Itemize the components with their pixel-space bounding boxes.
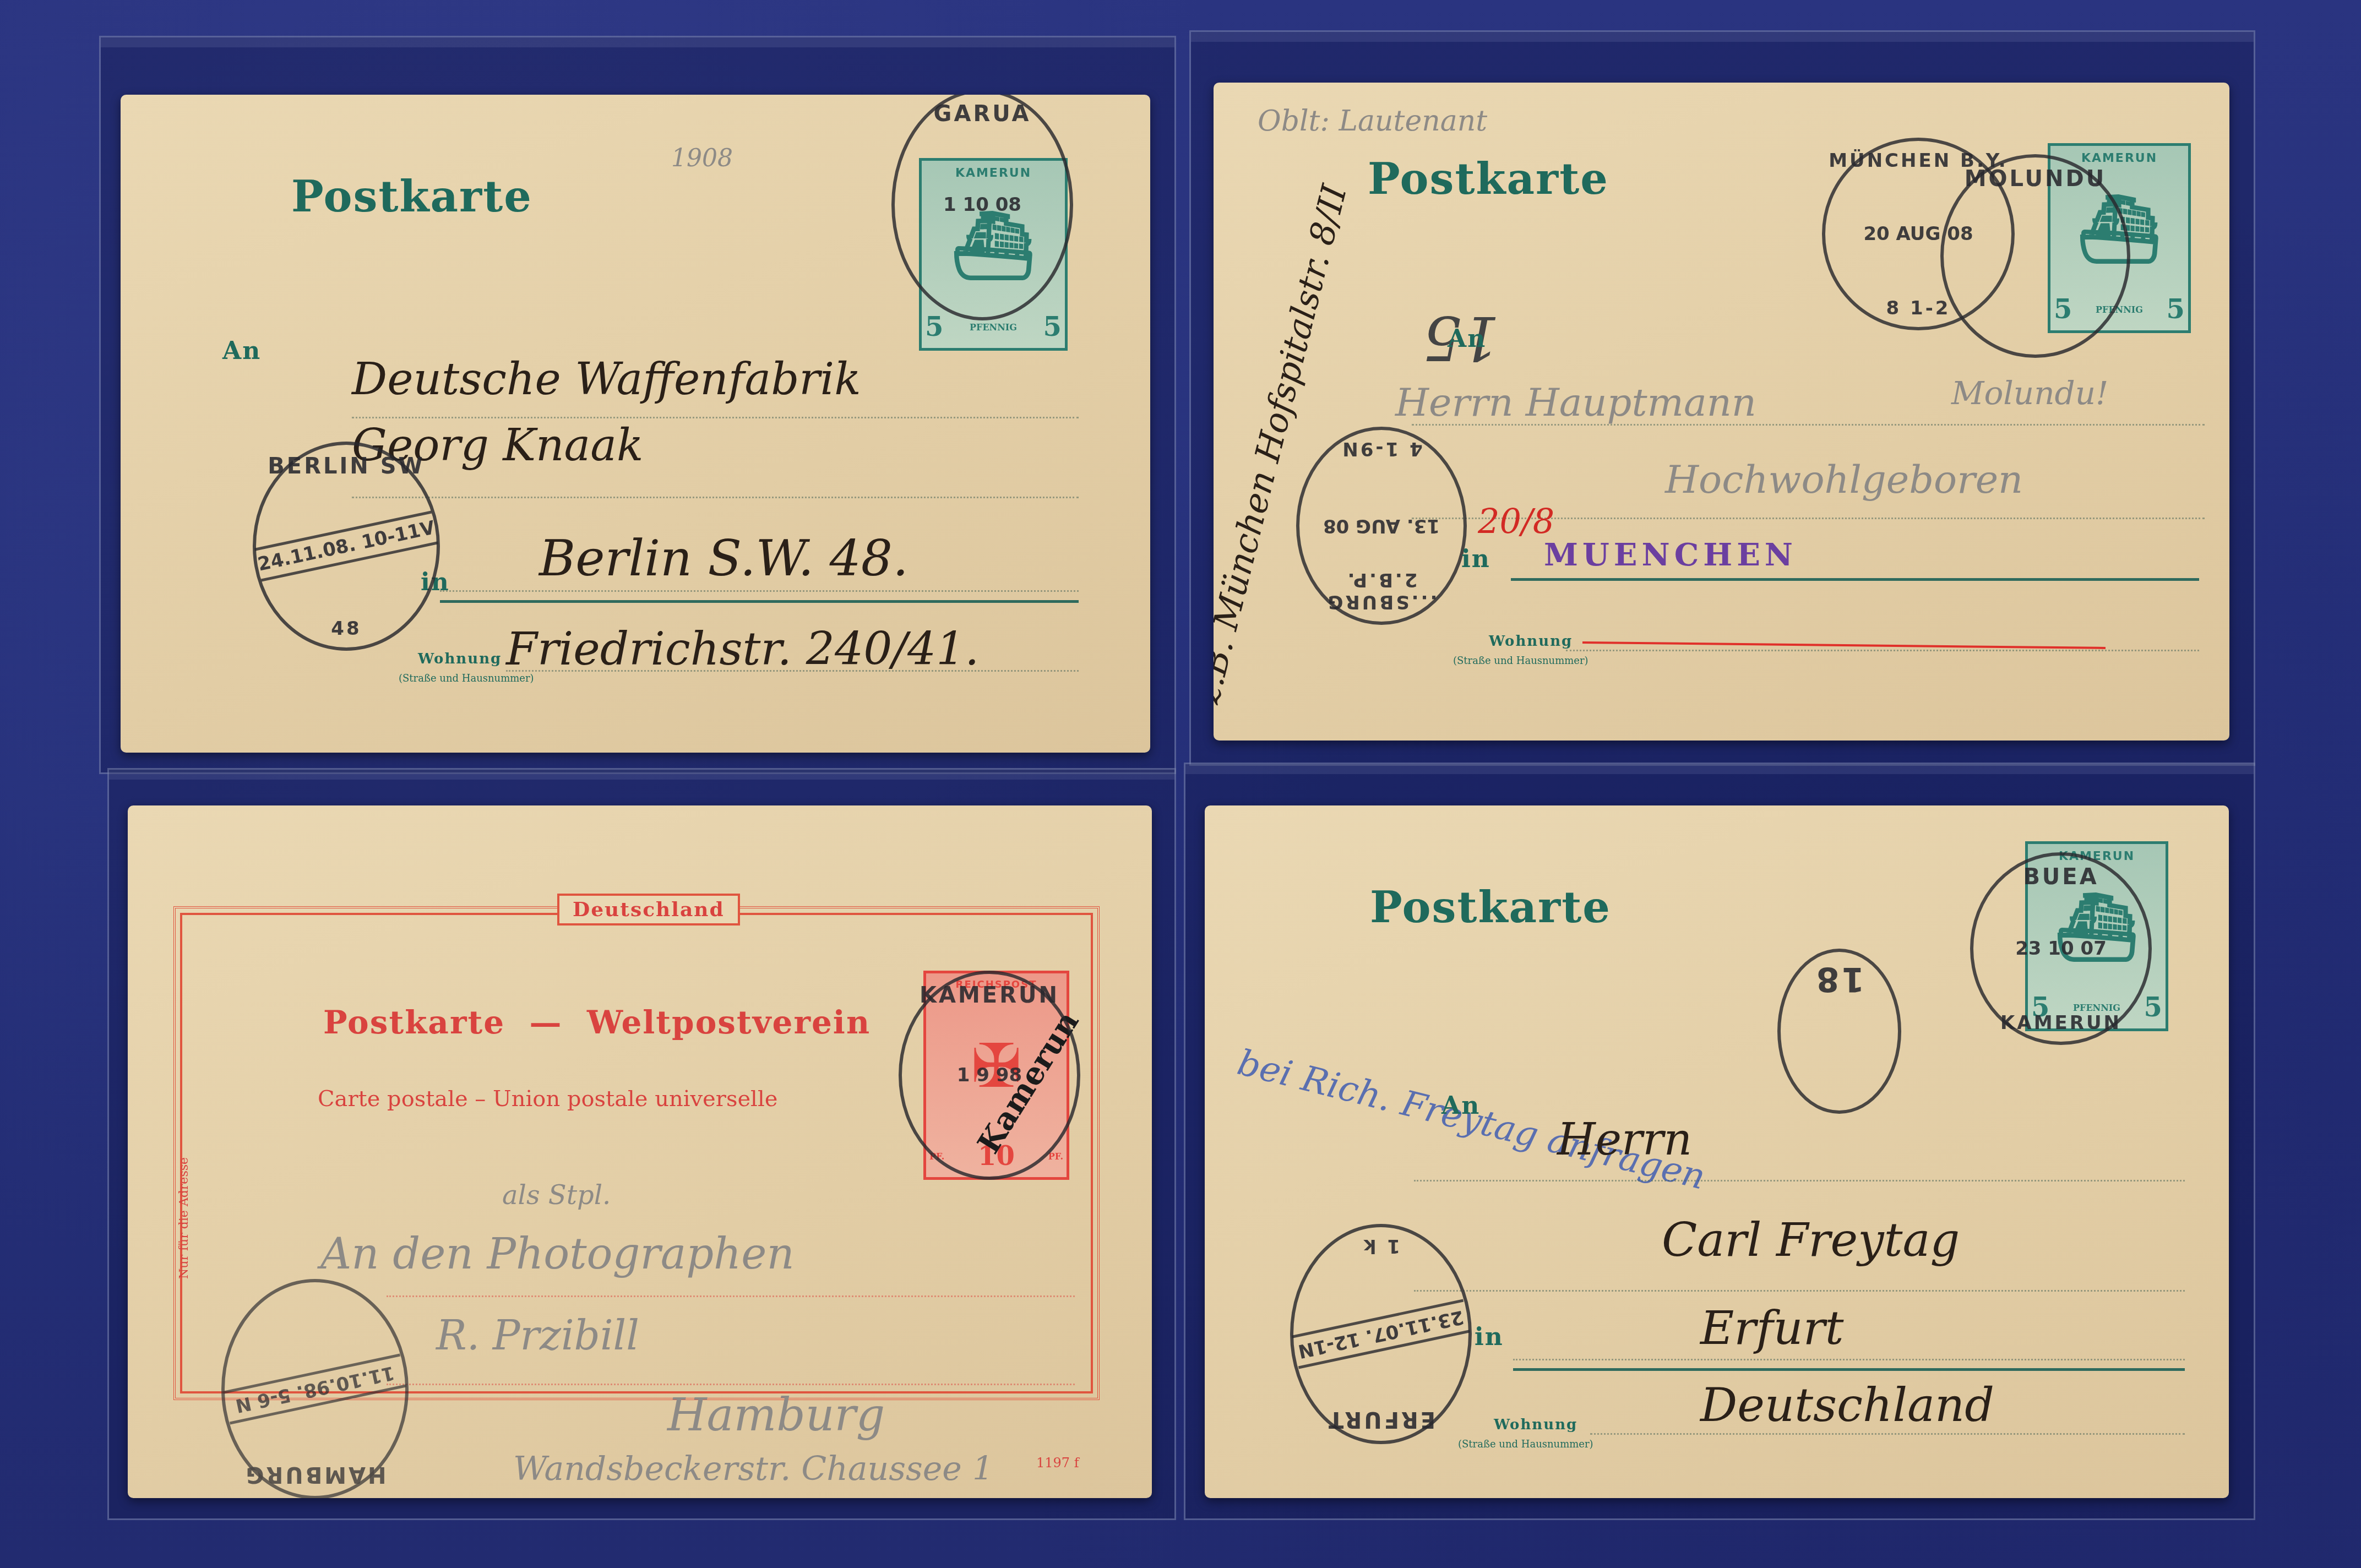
- postkarte-weltpostverein-title: Postkarte — Weltpostverein: [323, 1004, 871, 1041]
- pencil-note: 1908: [671, 144, 733, 172]
- wohnung-label: Wohnung: [418, 651, 502, 667]
- print-code: 1197 f: [1036, 1455, 1079, 1471]
- postmark-hamburg: HAMBURG 11.10.98. 5-6 N: [221, 1279, 409, 1498]
- side-note: Nur für die Adresse: [177, 1157, 191, 1279]
- address-line-1: Deutsche Waffenfabrik: [352, 353, 861, 405]
- in-label: in: [1461, 545, 1490, 573]
- address-rule: [1511, 578, 2199, 581]
- address-line-3: Hamburg: [667, 1389, 885, 1441]
- address-rule: [1513, 1368, 2185, 1371]
- postmark-rayon: 18: [1777, 949, 1901, 1114]
- postmark-erfurt: ERFURT 23.11.07. 12-1N 1 k: [1290, 1224, 1472, 1444]
- wohnung-sub: (Straße und Hausnummer): [1458, 1439, 1593, 1450]
- address-line-1: An den Photographen: [320, 1229, 795, 1279]
- address-line-3: Erfurt: [1700, 1301, 1844, 1355]
- address-line-4: Friedrichstr. 240/41.: [506, 623, 979, 676]
- an-label: An: [1448, 325, 1486, 353]
- deutschland-header: Deutschland: [557, 894, 740, 925]
- postcard-bottom-left: Deutschland Postkarte — Weltpostverein C…: [128, 805, 1152, 1498]
- postmark-buea: BUEA 23 10 07 KAMERUN: [1970, 852, 2152, 1045]
- address-line-1: Herrn Hauptmann: [1395, 380, 1756, 425]
- postkarte-title: Postkarte: [1368, 154, 1609, 204]
- address-dotline: [352, 417, 1079, 418]
- address-line-2: R. Przibill: [436, 1312, 639, 1359]
- address-dotline: [506, 670, 1079, 672]
- red-strikethrough: [1582, 641, 2106, 649]
- address-line-4: Wandsbeckerstr. Chaussee 1: [513, 1450, 993, 1488]
- address-dotline: [1513, 1359, 2185, 1360]
- address-dotline: [387, 1384, 1075, 1385]
- postcard-top-right: Postkarte Oblt: Lautenant z.B. München H…: [1214, 83, 2229, 741]
- carte-postale-subtitle: Carte postale – Union postale universell…: [318, 1086, 777, 1112]
- pencil-note: als Stpl.: [502, 1180, 611, 1211]
- address-line-2: Carl Freytag: [1662, 1213, 1960, 1267]
- wohnung-label: Wohnung: [1489, 633, 1573, 650]
- postmark-kamerun: KAMERUN 1 9 98: [899, 971, 1080, 1180]
- address-line-4: Deutschland: [1700, 1378, 1994, 1432]
- address-dotline: [1414, 1180, 2185, 1182]
- red-note: 20/8: [1478, 501, 1554, 541]
- wohnung-label: Wohnung: [1494, 1417, 1577, 1433]
- address-dotline: [440, 590, 1079, 592]
- muenchen-handstamp: MUENCHEN: [1544, 537, 1797, 573]
- postmark-berlin: BERLIN SW 24.11.08. 10-11V 48: [253, 442, 440, 651]
- destination-note: Molundu!: [1951, 374, 2108, 412]
- address-rule: [440, 600, 1079, 603]
- address-line-2: Hochwohlgeboren: [1665, 457, 2023, 502]
- address-dotline: [1412, 424, 2205, 426]
- address-dotline: [1590, 1433, 2185, 1435]
- postkarte-title: Postkarte: [291, 172, 532, 222]
- address-dotline: [1566, 650, 2199, 651]
- address-dotline: [387, 1295, 1075, 1297]
- address-dotline: [352, 497, 1079, 498]
- address-line-3: Berlin S.W. 48.: [539, 530, 909, 587]
- address-dotline: [1414, 1290, 2185, 1292]
- wohnung-sub: (Straße und Hausnummer): [1453, 655, 1588, 667]
- an-label: An: [222, 337, 261, 365]
- postkarte-title: Postkarte: [1370, 883, 1611, 933]
- an-label: An: [1441, 1092, 1480, 1120]
- postmark-molundu: MOLUNDU: [1940, 154, 2130, 358]
- in-label: in: [1475, 1323, 1504, 1351]
- postmark-bavaria: ...SBURG 2.B.P. 13. AUG 08 4 1-9N: [1296, 427, 1467, 625]
- margin-pencil-note: Oblt: Lautenant: [1258, 105, 1487, 138]
- postmark-garua: GARUA 1 10 08: [891, 95, 1073, 320]
- address-line-1: Herrn: [1557, 1114, 1692, 1165]
- postcard-bottom-right: Postkarte KAMERUN ⛴ 5PFENNIG5 BUEA 23 10…: [1205, 805, 2229, 1498]
- postcard-top-left: Postkarte 1908 KAMERUN ⛴ 5PFENNIG5 GARUA…: [121, 95, 1150, 753]
